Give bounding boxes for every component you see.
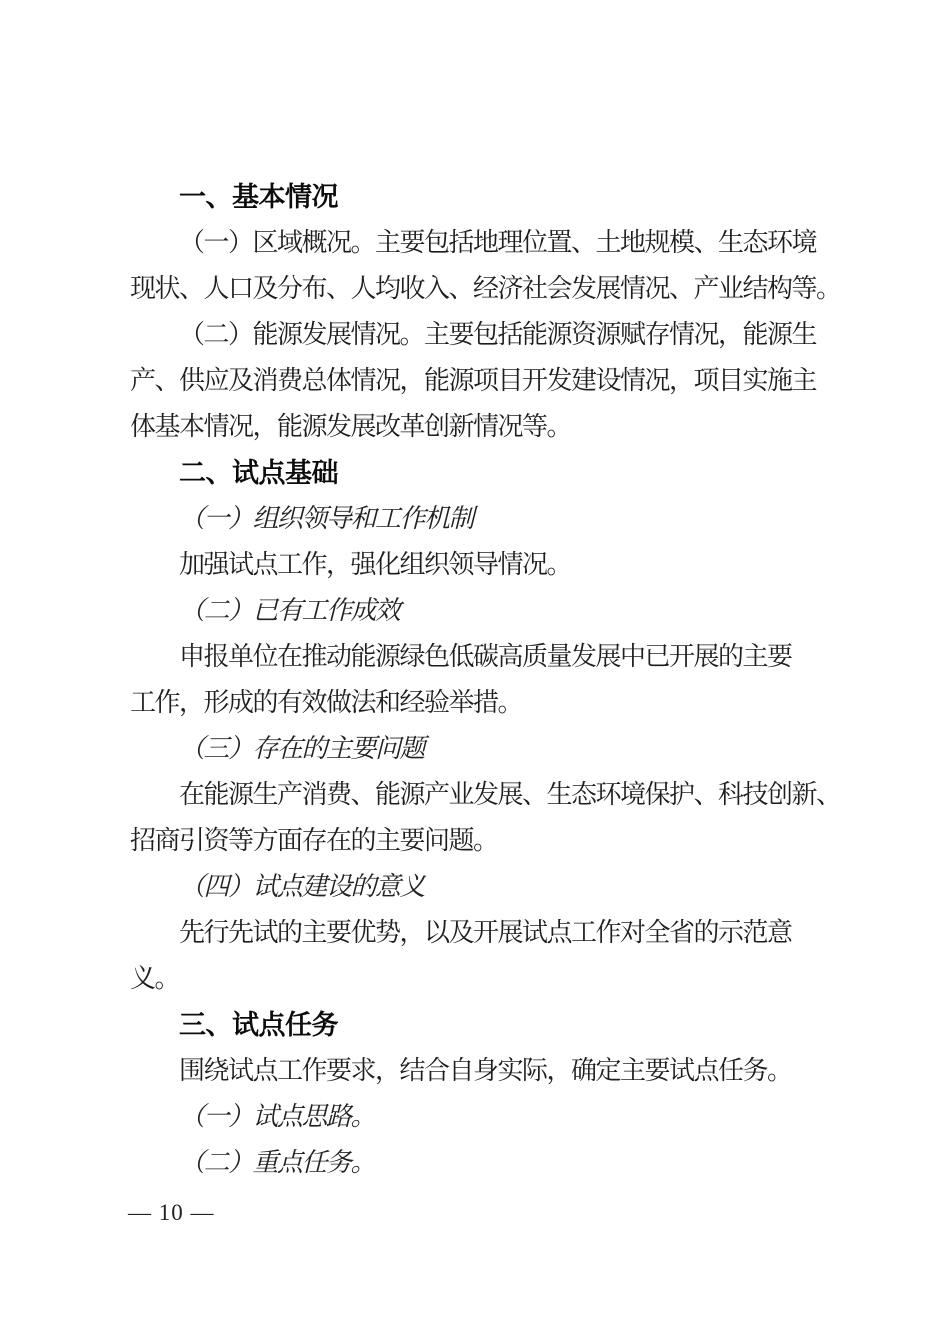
- document-body: 一、基本情况 （一）区域概况。主要包括地理位置、土地规模、生态环境 现状、人口及…: [130, 174, 844, 1186]
- page-number: — 10 —: [128, 1200, 215, 1226]
- body-text-line: 先行先试的主要优势，以及开展试点工作对全省的示范意: [130, 910, 844, 956]
- subsection-heading: （一）试点思路。: [130, 1094, 844, 1140]
- subsection-heading: （一）组织领导和工作机制: [130, 496, 844, 542]
- body-text-line: 工作，形成的有效做法和经验举措。: [130, 680, 844, 726]
- body-text-line: 申报单位在推动能源绿色低碳高质量发展中已开展的主要: [130, 634, 844, 680]
- subsection-heading: （三）存在的主要问题: [130, 726, 844, 772]
- document-page: 一、基本情况 （一）区域概况。主要包括地理位置、土地规模、生态环境 现状、人口及…: [0, 0, 949, 1344]
- body-text-line: 招商引资等方面存在的主要问题。: [130, 818, 844, 864]
- body-text-line: 义。: [130, 956, 844, 1002]
- body-text-line: （二）能源发展情况。主要包括能源资源赋存情况，能源生: [130, 312, 844, 358]
- body-text-line: 围绕试点工作要求，结合自身实际，确定主要试点任务。: [130, 1048, 844, 1094]
- section-heading: 三、试点任务: [130, 1002, 844, 1048]
- subsection-heading: （四）试点建设的意义: [130, 864, 844, 910]
- body-text-line: 体基本情况，能源发展改革创新情况等。: [130, 404, 844, 450]
- section-heading: 二、试点基础: [130, 450, 844, 496]
- body-text-line: 产、供应及消费总体情况，能源项目开发建设情况，项目实施主: [130, 358, 844, 404]
- subsection-heading: （二）重点任务。: [130, 1140, 844, 1186]
- subsection-heading: （二）已有工作成效: [130, 588, 844, 634]
- body-text-line: （一）区域概况。主要包括地理位置、土地规模、生态环境: [130, 220, 844, 266]
- section-heading: 一、基本情况: [130, 174, 844, 220]
- body-text-line: 现状、人口及分布、人均收入、经济社会发展情况、产业结构等。: [130, 266, 844, 312]
- body-text-line: 加强试点工作，强化组织领导情况。: [130, 542, 844, 588]
- body-text-line: 在能源生产消费、能源产业发展、生态环境保护、科技创新、: [130, 772, 844, 818]
